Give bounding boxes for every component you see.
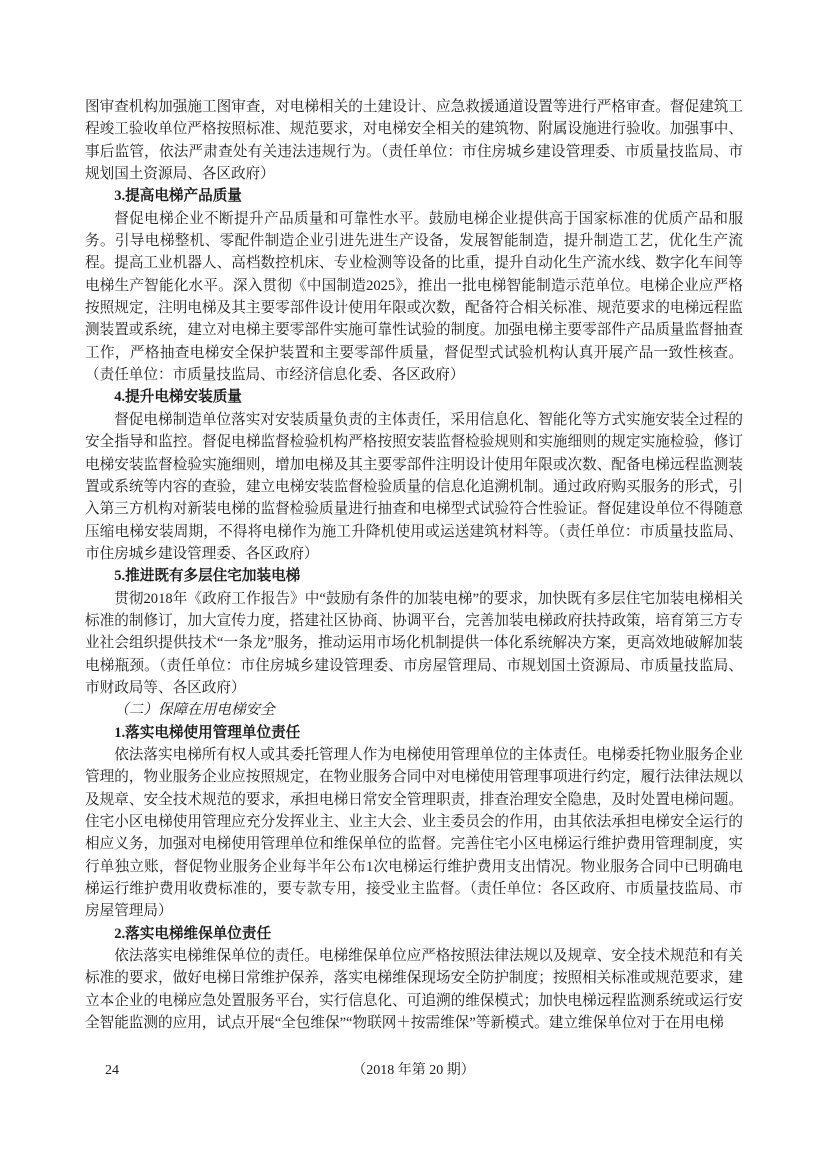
numbered-heading: 4.提升电梯安装质量 bbox=[85, 386, 743, 408]
document-body: 图审查机构加强施工图审查，对电梯相关的土建设计、应急救援通道设置等进行严格审查。… bbox=[85, 96, 743, 1034]
body-paragraph: 督促电梯制造单位落实对安装质量负责的主体责任，采用信息化、智能化等方式实施安装全… bbox=[85, 409, 743, 565]
body-paragraph: 依法落实电梯所有权人或其委托管理人作为电梯使用管理单位的主体责任。电梯委托物业服… bbox=[85, 744, 743, 923]
numbered-heading: 1.落实电梯使用管理单位责任 bbox=[85, 722, 743, 744]
numbered-heading: 2.落实电梯维保单位责任 bbox=[85, 923, 743, 945]
footer-issue-label: （2018 年第 20 期） bbox=[0, 1060, 827, 1082]
body-paragraph: 督促电梯企业不断提升产品质量和可靠性水平。鼓励电梯企业提供高于国家标准的优质产品… bbox=[85, 208, 743, 387]
body-paragraph-continued: 图审查机构加强施工图审查，对电梯相关的土建设计、应急救援通道设置等进行严格审查。… bbox=[85, 96, 743, 185]
body-paragraph: 贯彻2018年《政府工作报告》中“鼓励有条件的加装电梯”的要求，加快既有多层住宅… bbox=[85, 588, 743, 700]
sub-section-heading: （二）保障在用电梯安全 bbox=[85, 699, 743, 721]
document-page: 图审查机构加强施工图审查，对电梯相关的土建设计、应急救援通道设置等进行严格审查。… bbox=[0, 0, 827, 1170]
body-paragraph: 依法落实电梯维保单位的责任。电梯维保单位应严格按照法律法规以及规章、安全技术规范… bbox=[85, 945, 743, 1034]
numbered-heading: 5.推进既有多层住宅加装电梯 bbox=[85, 565, 743, 587]
numbered-heading: 3.提高电梯产品质量 bbox=[85, 185, 743, 207]
page-footer: 24 （2018 年第 20 期） bbox=[0, 1060, 827, 1084]
